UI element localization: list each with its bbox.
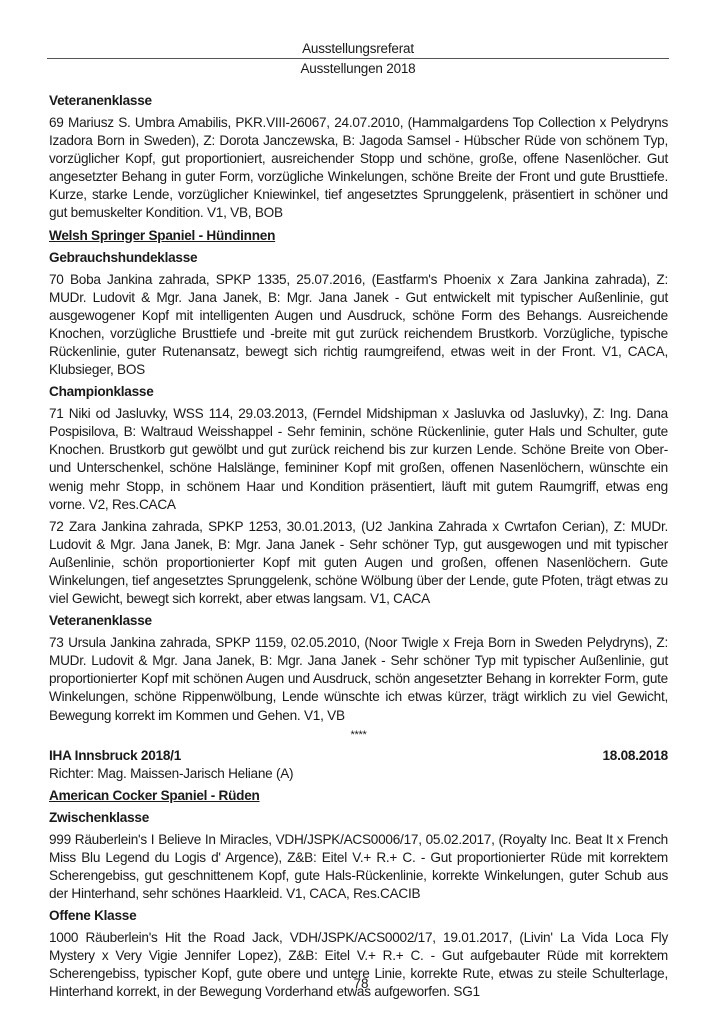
entry-72: 72 Zara Jankina zahrada, SPKP 1253, 30.0…	[49, 518, 668, 608]
breed-heading-american-cocker: American Cocker Spaniel - Rüden	[49, 787, 668, 805]
document-body: Veteranenklasse 69 Mariusz S. Umbra Amab…	[49, 92, 668, 1005]
class-heading-offene-klasse: Offene Klasse	[49, 907, 668, 925]
breed-heading-welsh-springer: Welsh Springer Spaniel - Hündinnen	[49, 227, 668, 245]
entry-73: 73 Ursula Jankina zahrada, SPKP 1159, 02…	[49, 634, 668, 724]
page-header: Ausstellungsreferat Ausstellungen 2018	[47, 40, 669, 77]
class-heading-veteranenklasse: Veteranenklasse	[49, 92, 668, 110]
show-date: 18.08.2018	[602, 747, 668, 765]
show-heading: IHA Innsbruck 2018/1 18.08.2018	[49, 747, 668, 765]
entry-999: 999 Räuberlein's I Believe In Miracles, …	[49, 831, 668, 903]
class-heading-zwischenklasse: Zwischenklasse	[49, 809, 668, 827]
class-heading-championklasse: Championklasse	[49, 383, 668, 401]
class-heading-gebrauchshundeklasse: Gebrauchshundeklasse	[49, 249, 668, 267]
entry-71: 71 Niki od Jasluvky, WSS 114, 29.03.2013…	[49, 405, 668, 514]
entry-69: 69 Mariusz S. Umbra Amabilis, PKR.VIII-2…	[49, 114, 668, 223]
header-subtitle: Ausstellungen 2018	[47, 59, 669, 77]
class-heading-veteranenklasse-2: Veteranenklasse	[49, 612, 668, 630]
show-judge: Richter: Mag. Maissen-Jarisch Heliane (A…	[49, 765, 668, 783]
show-name: IHA Innsbruck 2018/1	[49, 747, 181, 765]
header-title: Ausstellungsreferat	[47, 40, 669, 58]
page-number: 78	[0, 976, 722, 991]
entry-70: 70 Boba Jankina zahrada, SPKP 1335, 25.0…	[49, 271, 668, 380]
section-separator: ****	[49, 729, 668, 741]
